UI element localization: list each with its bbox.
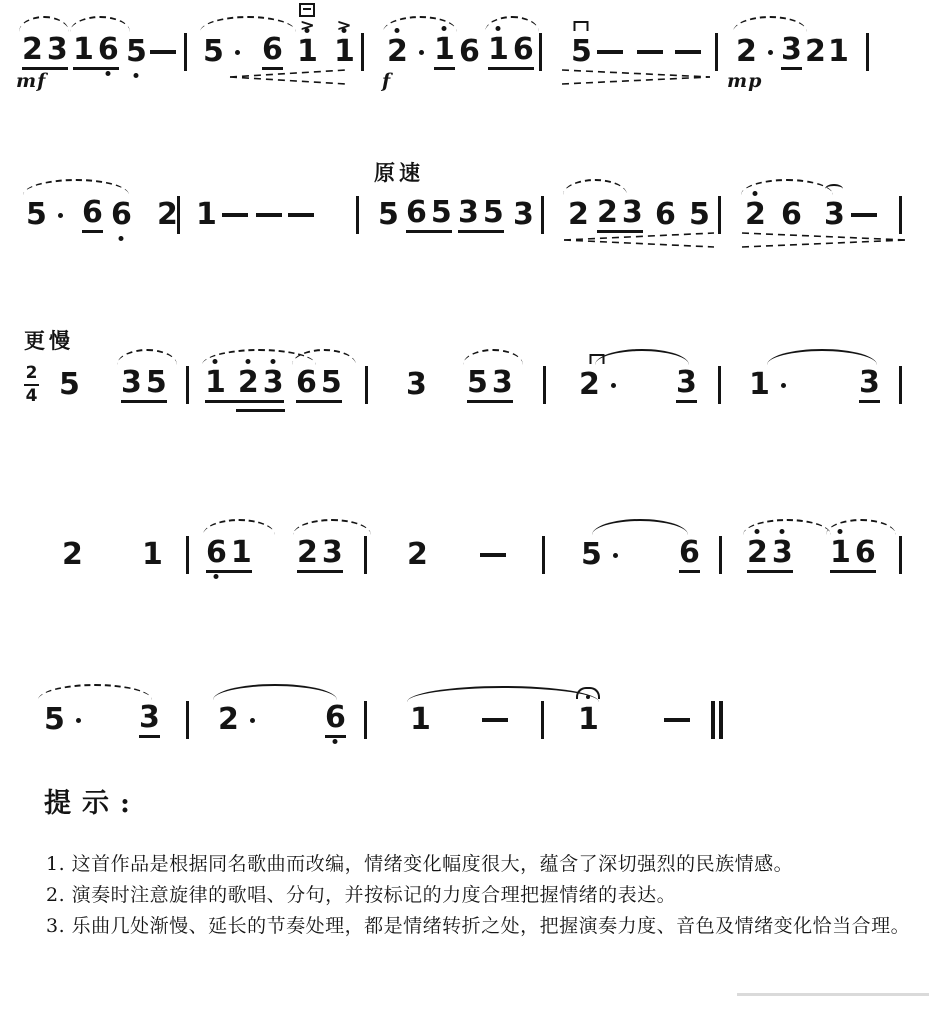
- note-digit: 2: [597, 198, 618, 228]
- dynamic-marking: f: [382, 70, 391, 92]
- music-line-1: 23165561>1>2161652321mffmp: [0, 10, 931, 94]
- barline: [718, 173, 721, 257]
- note-digit: 3: [263, 368, 284, 398]
- duration-dash-line: [480, 553, 506, 557]
- barline: [365, 343, 368, 427]
- note-body: 16: [830, 538, 876, 573]
- note-digit: 3: [622, 198, 643, 228]
- note-digit: 5: [431, 198, 452, 228]
- note-digit: 5: [59, 370, 80, 400]
- note-digit: 5: [467, 368, 488, 398]
- note: 6: [325, 678, 346, 762]
- hints-title: 提示:: [44, 781, 141, 820]
- note-digit: 2: [62, 540, 83, 570]
- barline-stroke: [184, 33, 187, 71]
- barline: [718, 343, 721, 427]
- barline-stroke: [899, 366, 902, 404]
- note: 2: [157, 173, 178, 257]
- barline: [541, 173, 544, 257]
- crescendo-hairpin: [228, 68, 348, 86]
- note-body: 2: [745, 200, 766, 230]
- note-digit: 3: [406, 370, 427, 400]
- note-digit: 6: [855, 538, 876, 568]
- barline-stroke: [186, 536, 189, 574]
- note-body: 6: [781, 200, 802, 230]
- note-digit: 5: [126, 37, 147, 67]
- note-digit: 1: [231, 538, 252, 568]
- note-body: 3: [859, 368, 880, 403]
- dynamic-marking: mf: [16, 70, 46, 92]
- note-digit: 5: [44, 705, 65, 735]
- note-body: 1: [434, 35, 455, 70]
- note: 2: [805, 10, 826, 94]
- note: 3: [513, 173, 534, 257]
- note-body: 5: [378, 200, 399, 230]
- duration-dash-line: [664, 718, 690, 722]
- time-signature-stack: 24: [24, 365, 39, 406]
- note-body: 16: [73, 35, 119, 70]
- sheet-music-page: { "page": {"bg": "#ffffff", "ink": "#141…: [0, 0, 931, 1028]
- scan-artifact: [737, 993, 929, 996]
- note-body: 65: [406, 198, 452, 233]
- sixteenth-beam: [236, 409, 285, 412]
- note-digit: 6: [206, 538, 227, 568]
- note-body: 3: [676, 368, 697, 403]
- note-digit: 3: [676, 368, 697, 398]
- barline-stroke: [364, 536, 367, 574]
- note-body: 1: [578, 705, 599, 735]
- decrescendo-hairpin: [740, 231, 908, 249]
- barline-stroke: [542, 536, 545, 574]
- note-digit: 3: [513, 200, 534, 230]
- barline: [539, 10, 542, 94]
- augmentation-dot: [235, 50, 240, 55]
- barline-stroke: [541, 196, 544, 234]
- note-body: 1: [828, 37, 849, 67]
- note-digit: 6: [98, 35, 119, 65]
- duration-dash: [150, 10, 176, 94]
- note: 2: [407, 513, 428, 597]
- note-body: 6: [679, 538, 700, 573]
- barline-stroke: [364, 701, 367, 739]
- crescendo-hairpin: [562, 231, 716, 249]
- note-digit: 2: [805, 37, 826, 67]
- note-digit: 3: [47, 35, 68, 65]
- note-digit: 6: [679, 538, 700, 568]
- barline-stroke: [356, 196, 359, 234]
- note-body: 23: [597, 198, 643, 233]
- note-digit: 1: [196, 200, 217, 230]
- barline: [361, 10, 364, 94]
- note-body: 35: [121, 368, 167, 403]
- note-body: 5: [59, 370, 80, 400]
- note-digit: 1: [73, 35, 94, 65]
- note-body: 6: [82, 198, 103, 233]
- slur: [407, 686, 599, 702]
- note: 1: [410, 678, 431, 762]
- note-digit: 3: [492, 368, 513, 398]
- barline-stroke: [543, 366, 546, 404]
- note-digit: 6: [262, 35, 283, 65]
- note-digit: 5: [203, 37, 224, 67]
- note-body: 5: [571, 37, 592, 67]
- note-digit: 1: [434, 35, 455, 65]
- note-digit: 2: [218, 705, 239, 735]
- duration-dash-line: [597, 50, 623, 54]
- note-digit: 1: [578, 705, 599, 735]
- note-body: 6: [262, 35, 283, 70]
- duration-dash-line: [222, 213, 248, 217]
- hint-item: 3. 乐曲几处渐慢、延长的节奏处理，都是情绪转折之处，把握演奏力度、音色及情绪变…: [46, 911, 912, 941]
- note-body: 6: [325, 703, 346, 738]
- barline: [719, 513, 722, 597]
- note-body: 1: [749, 370, 786, 400]
- note-body: 2: [579, 370, 616, 400]
- note-body: 2: [157, 200, 178, 230]
- note-digit: 1: [205, 368, 226, 398]
- note-ornaments: >: [338, 19, 351, 31]
- note-digit: 2: [22, 35, 43, 65]
- barline-stroke: [899, 196, 902, 234]
- duration-dash-line: [851, 213, 877, 217]
- music-line-4: 2161232562316: [0, 513, 931, 597]
- barline: [184, 10, 187, 94]
- note-digit: 6: [459, 37, 480, 67]
- note-digit: 2: [387, 37, 408, 67]
- duration-dash-line: [637, 50, 663, 54]
- barline-stroke: [711, 701, 715, 739]
- note-digit: 6: [655, 200, 676, 230]
- note-body: 23: [22, 35, 68, 70]
- note-body: 5: [581, 540, 618, 570]
- barline-stroke: [719, 701, 723, 739]
- note-digit: 1: [297, 37, 318, 67]
- note-body: 61: [206, 538, 252, 573]
- note-digit: 2: [568, 200, 589, 230]
- note-digit: 2: [297, 538, 318, 568]
- note-digit: 6: [406, 198, 427, 228]
- note-ornaments: >: [299, 3, 315, 31]
- note: 1: [196, 173, 217, 257]
- note-body: 5: [689, 200, 710, 230]
- barline: [356, 173, 359, 257]
- note-body: 2: [387, 37, 424, 67]
- note: 5: [59, 343, 80, 427]
- duration-dash-line: [288, 213, 314, 217]
- augmentation-dot: [76, 718, 81, 723]
- note-digit: 3: [772, 538, 793, 568]
- final-barline: [711, 678, 723, 762]
- note-digit: 3: [139, 703, 160, 733]
- note-body: 23: [747, 538, 793, 573]
- barline: [186, 678, 189, 762]
- note: 6: [459, 10, 480, 94]
- note-digit: 6: [325, 703, 346, 733]
- note-body: 2: [736, 37, 773, 67]
- note-digit: 1: [410, 705, 431, 735]
- note-digit: 6: [296, 368, 317, 398]
- note-ornaments: [574, 21, 589, 31]
- barline-stroke: [718, 366, 721, 404]
- note-digit: 3: [824, 200, 845, 230]
- hint-item: 2. 演奏时注意旋律的歌唱、分句，并按标记的力度合理把握情绪的表达。: [46, 880, 912, 910]
- barline: [543, 343, 546, 427]
- note-digit: 5: [483, 198, 504, 228]
- note-body: 6: [459, 37, 480, 67]
- note-body: 53: [467, 368, 513, 403]
- hint-item: 1. 这首作品是根据同名歌曲而改编，情绪变化幅度很大，蕴含了深切强烈的民族情感。: [46, 849, 912, 879]
- augmentation-dot: [781, 383, 786, 388]
- note-body: 1: [196, 200, 217, 230]
- note-body: 65: [296, 368, 342, 403]
- barline: [899, 343, 902, 427]
- augmentation-dot: [768, 50, 773, 55]
- note-body: 1: [410, 705, 431, 735]
- note-digit: 6: [781, 200, 802, 230]
- note-body: 5: [44, 705, 81, 735]
- note-digit: 2: [157, 200, 178, 230]
- note-body: 6: [111, 200, 132, 230]
- duration-dash-line: [150, 50, 176, 54]
- music-line-5: 532611: [0, 678, 931, 762]
- barline-stroke: [539, 33, 542, 71]
- note-body: 6: [655, 200, 676, 230]
- barline-stroke: [365, 366, 368, 404]
- note-body: 2: [568, 200, 589, 230]
- note: 6: [679, 513, 700, 597]
- augmentation-dot: [613, 553, 618, 558]
- note-digit: 1: [830, 538, 851, 568]
- music-line-3: 24535123653532313: [0, 343, 931, 427]
- duration-dash: [480, 513, 506, 597]
- note: 1: [142, 513, 163, 597]
- note: 1: [578, 678, 599, 762]
- note-digit: 3: [322, 538, 343, 568]
- tempo-label: 更慢: [24, 325, 74, 355]
- note-body: 35: [458, 198, 504, 233]
- time-signature-denominator: 4: [26, 388, 38, 405]
- augmentation-dot: [611, 383, 616, 388]
- note-body: 3: [513, 200, 534, 230]
- augmentation-dot: [58, 213, 63, 218]
- note-digit: 3: [781, 35, 802, 65]
- barline: [866, 10, 869, 94]
- note-digit: 2: [745, 200, 766, 230]
- note-digit: 6: [82, 198, 103, 228]
- accent-icon: >: [300, 19, 315, 32]
- note-digit: 3: [458, 198, 479, 228]
- note-digit: 6: [111, 200, 132, 230]
- dynamic-marking: mp: [727, 70, 762, 92]
- note-digit: 3: [121, 368, 142, 398]
- note-digit: 6: [513, 35, 534, 65]
- note: 1: [828, 10, 849, 94]
- time-signature: 24: [24, 343, 39, 427]
- barline: [364, 678, 367, 762]
- note-body: 1: [142, 540, 163, 570]
- note-digit: 5: [26, 200, 47, 230]
- note-body: 1: [297, 37, 318, 67]
- note-digit: 1: [142, 540, 163, 570]
- barline-stroke: [186, 366, 189, 404]
- note-digit: 5: [321, 368, 342, 398]
- duration-dash: [664, 678, 690, 762]
- note: 5: [126, 10, 147, 94]
- barline-stroke: [186, 701, 189, 739]
- barline-stroke: [541, 701, 544, 739]
- barline-stroke: [899, 536, 902, 574]
- duration-dash: [288, 173, 314, 257]
- hints-list: 1. 这首作品是根据同名歌曲而改编，情绪变化幅度很大，蕴含了深切强烈的民族情感。…: [46, 849, 912, 942]
- note-body: 1: [334, 37, 355, 67]
- barline-stroke: [177, 196, 180, 234]
- down-bow-icon: [574, 21, 589, 31]
- duration-dash: [222, 173, 248, 257]
- note-digit: 5: [571, 37, 592, 67]
- note-digit: 5: [689, 200, 710, 230]
- note-body: 5: [26, 200, 63, 230]
- note-body: 3: [139, 703, 160, 738]
- note-digit: 1: [828, 37, 849, 67]
- barline: [542, 513, 545, 597]
- note-body: 5: [203, 37, 240, 67]
- duration-dash-line: [482, 718, 508, 722]
- barline: [177, 173, 180, 257]
- barline-stroke: [719, 536, 722, 574]
- note-body: 3: [406, 370, 427, 400]
- music-line-2: 5662156535322365263: [0, 173, 931, 257]
- barline-stroke: [718, 196, 721, 234]
- note-body: 2: [218, 705, 255, 735]
- duration-dash-line: [256, 213, 282, 217]
- note-body: 3: [781, 35, 802, 70]
- note-body: 16: [488, 35, 534, 70]
- augmentation-dot: [250, 718, 255, 723]
- final-barline-strokes: [711, 701, 723, 739]
- beamed-note-group: 35: [458, 173, 504, 257]
- note: 3: [406, 343, 427, 427]
- duration-dash: [256, 173, 282, 257]
- note-body: 2: [805, 37, 826, 67]
- barline: [186, 513, 189, 597]
- barline-stroke: [866, 33, 869, 71]
- time-signature-numerator: 2: [26, 365, 38, 382]
- note-digit: 1: [749, 370, 770, 400]
- note-digit: 1: [488, 35, 509, 65]
- barline-stroke: [361, 33, 364, 71]
- note-digit: 2: [736, 37, 757, 67]
- duration-dash-line: [675, 50, 701, 54]
- note-digit: 1: [334, 37, 355, 67]
- note-digit: 5: [378, 200, 399, 230]
- barline: [899, 513, 902, 597]
- note-digit: 2: [238, 368, 259, 398]
- note-body: 123: [205, 368, 284, 403]
- decrescendo-hairpin: [560, 68, 712, 86]
- augmentation-dot: [419, 50, 424, 55]
- note: 2: [62, 513, 83, 597]
- note-digit: 5: [146, 368, 167, 398]
- barline-stroke: [715, 33, 718, 71]
- accent-icon: >: [337, 19, 352, 32]
- note-digit: 2: [747, 538, 768, 568]
- note-body: 23: [297, 538, 343, 573]
- note-digit: 3: [859, 368, 880, 398]
- note-body: 5: [126, 37, 147, 67]
- note-body: 2: [407, 540, 428, 570]
- barline: [715, 10, 718, 94]
- barline: [186, 343, 189, 427]
- tempo-label: 原速: [374, 157, 424, 187]
- note-digit: 2: [407, 540, 428, 570]
- note-body: 2: [62, 540, 83, 570]
- note-body: 3: [824, 200, 845, 230]
- note-digit: 5: [581, 540, 602, 570]
- note-digit: 2: [579, 370, 600, 400]
